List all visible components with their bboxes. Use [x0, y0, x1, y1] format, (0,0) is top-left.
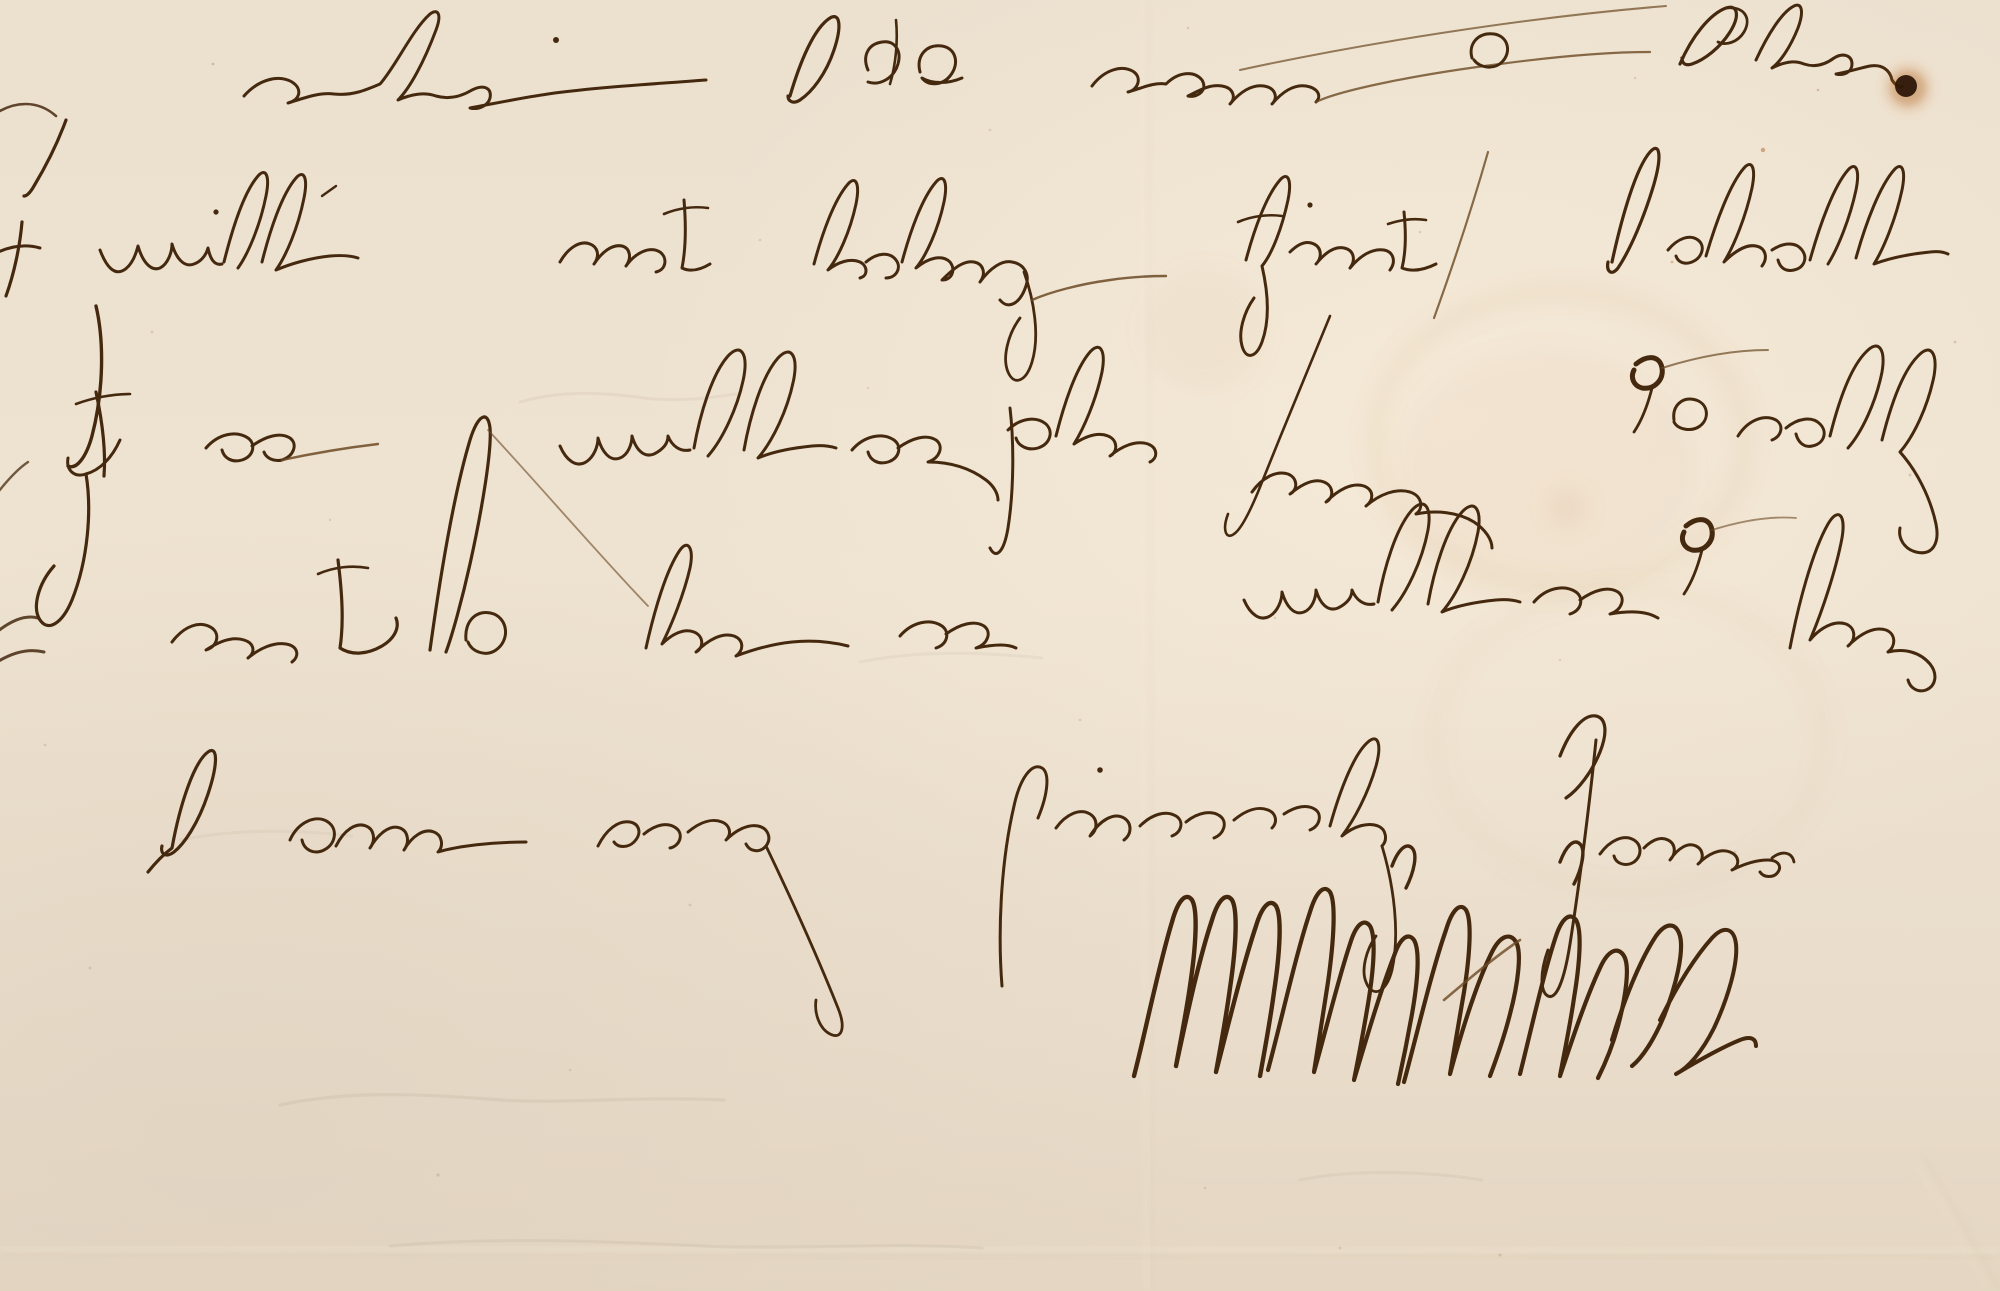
ink-blot — [1882, 62, 1934, 114]
handwriting-line-1 — [0, 5, 1934, 196]
i-dot — [213, 209, 218, 214]
paper-speckles — [44, 27, 1957, 1257]
i-dot — [1097, 767, 1103, 773]
i-dot — [553, 37, 559, 43]
letter-artwork — [0, 0, 2000, 1291]
i-dot — [1307, 202, 1312, 207]
signature — [1134, 842, 1756, 1084]
letter-photo: … when I do come to Phila … will not be … — [0, 0, 2000, 1291]
ghost-writing — [180, 393, 1482, 1248]
paper-stains — [1145, 270, 1825, 890]
